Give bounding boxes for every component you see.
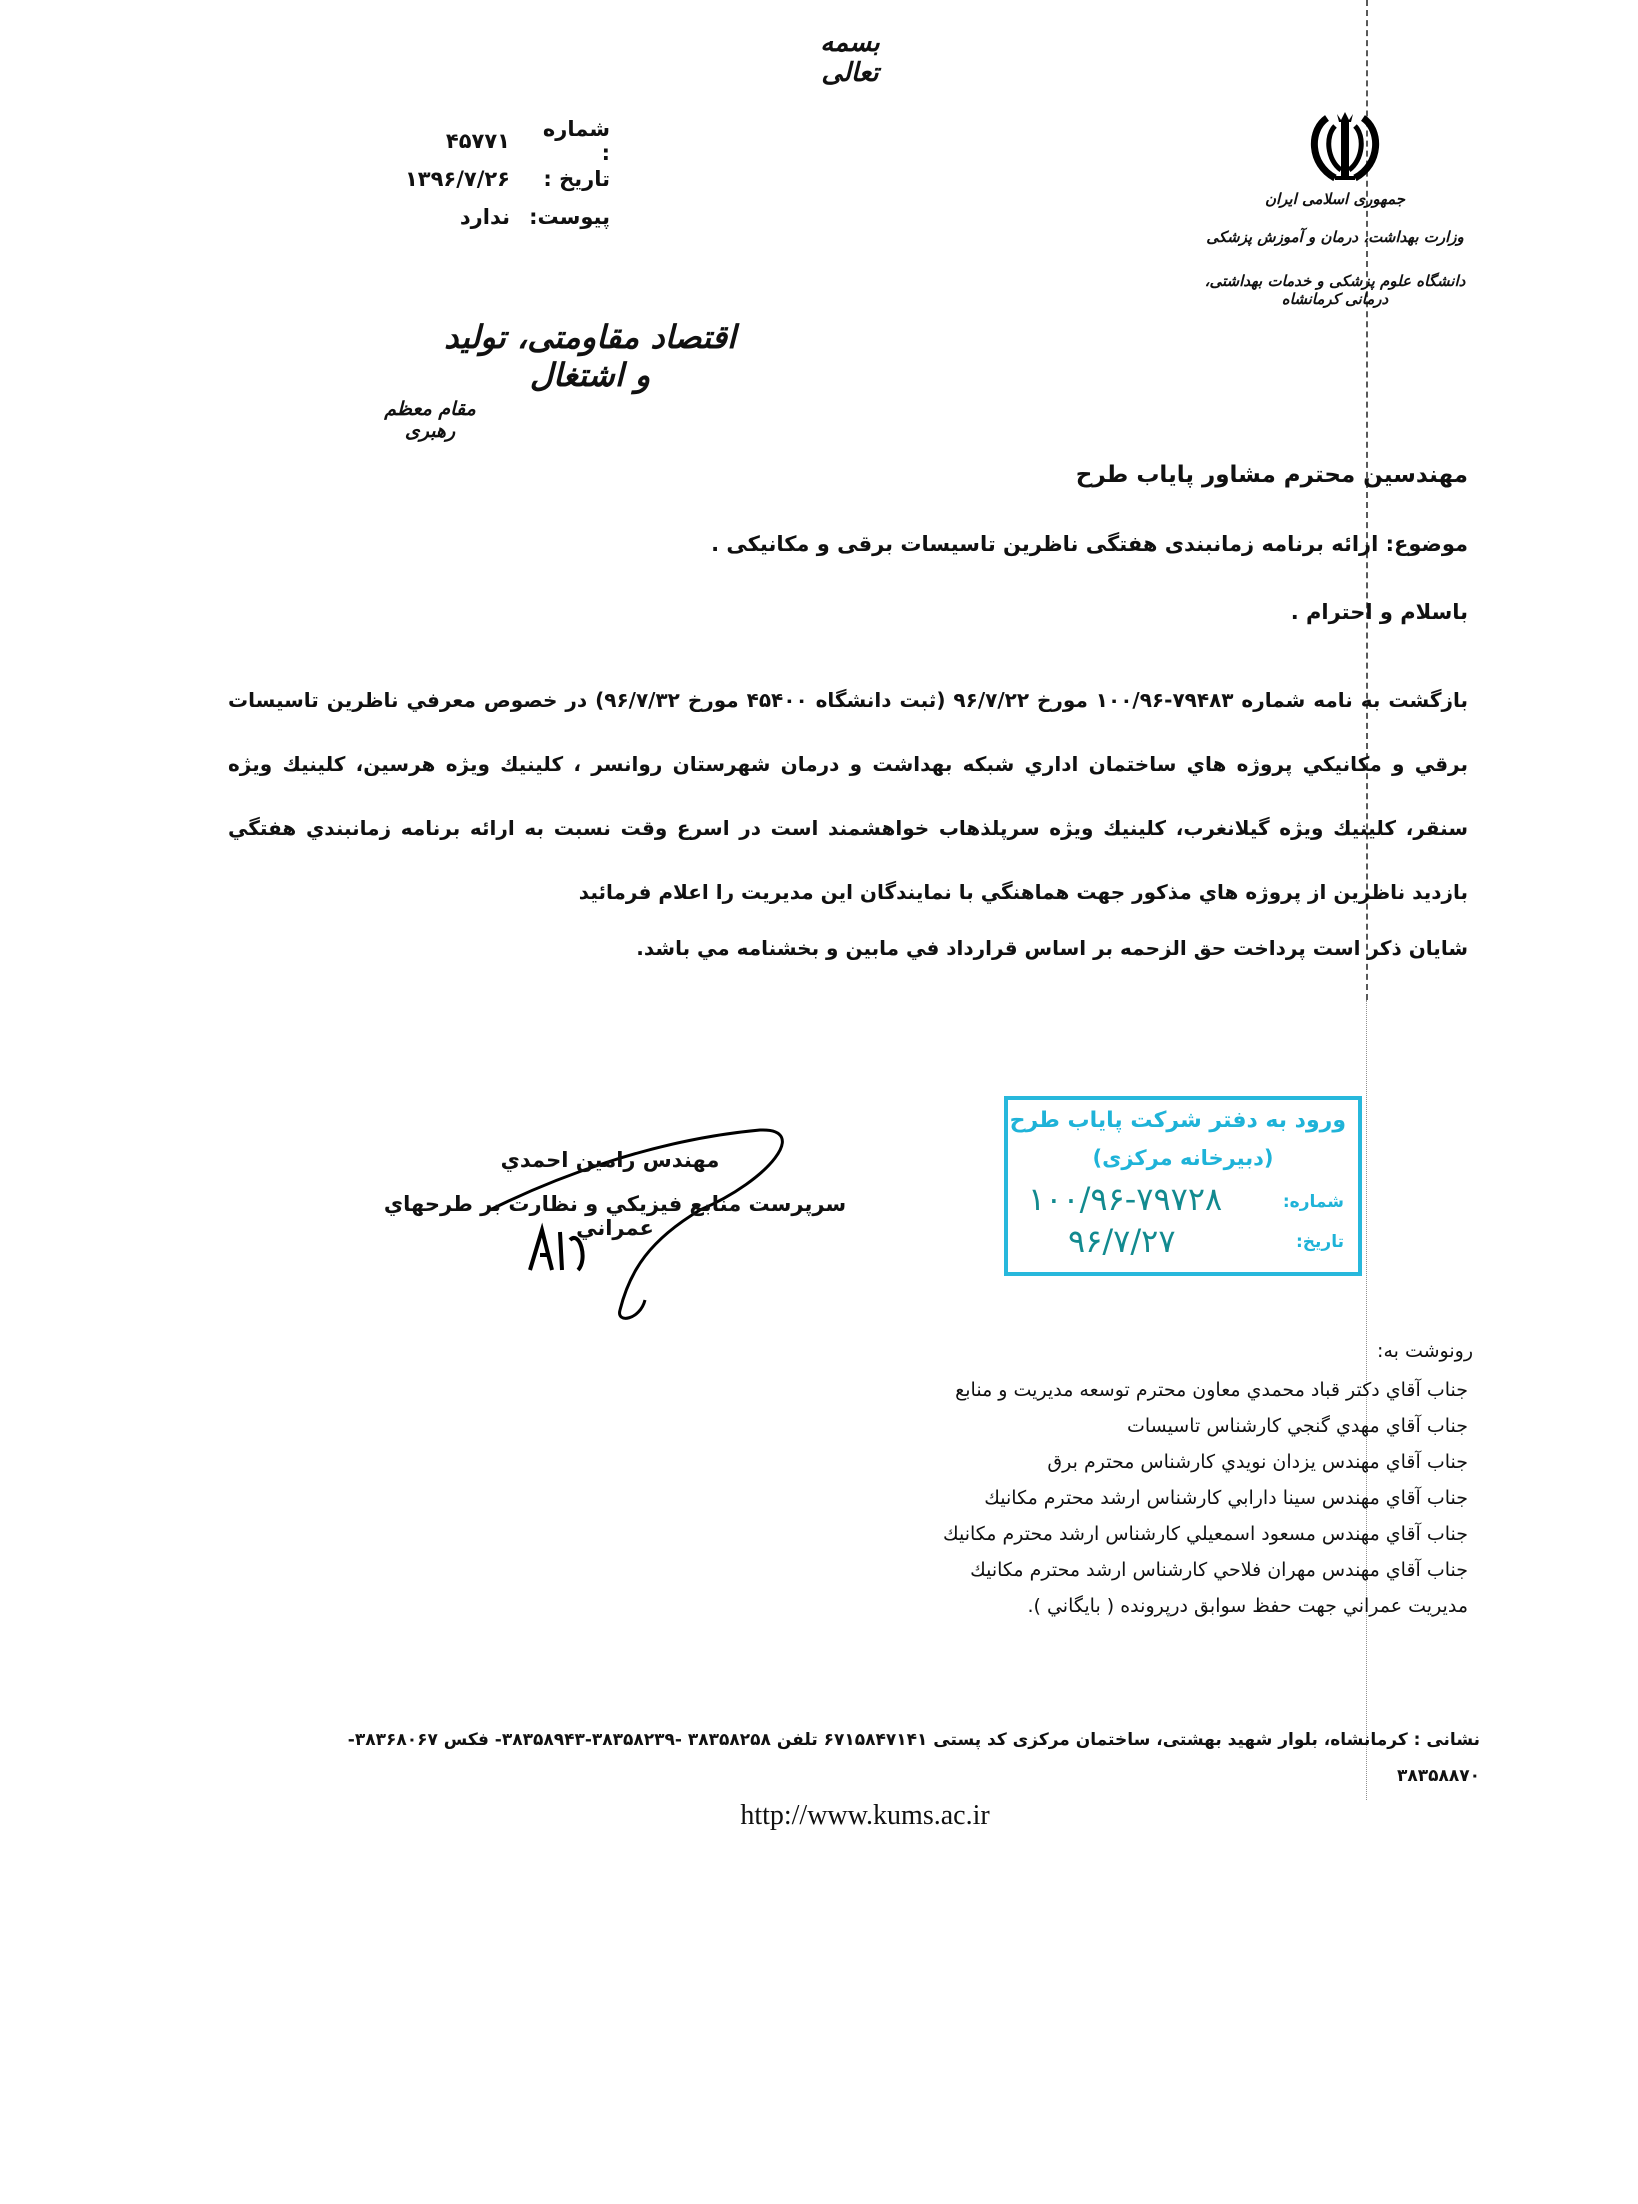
- footer-url[interactable]: http://www.kums.ac.ir: [700, 1800, 1030, 1832]
- cc-recipient: جناب آقاي مهندس سينا دارابي كارشناس ارشد…: [943, 1480, 1468, 1516]
- slogan-source: مقام معظم رهبری: [360, 398, 500, 442]
- attachment-row: پیوست: ندارد: [380, 198, 610, 236]
- date-label: تاریخ :: [530, 167, 610, 191]
- greeting: باسلام و احترام .: [1291, 600, 1468, 624]
- number-row: شماره : ۴۵۷۷۱: [380, 122, 610, 160]
- bismillah-heading: بسمه تعالی: [790, 28, 910, 88]
- cc-recipient: جناب آقاي دكتر قباد محمدي معاون محترم تو…: [943, 1372, 1468, 1408]
- body-paragraph: بازگشت به نامه شماره ۷۹۴۸۳-۱۰۰/۹۶ مورخ ۹…: [228, 668, 1468, 924]
- number-value: ۴۵۷۷۱: [380, 129, 530, 153]
- signatory-name: مهندس رامين احمدي: [480, 1148, 740, 1172]
- number-label: شماره :: [530, 117, 610, 165]
- letterhead-university: دانشگاه علوم پزشکی و خدمات بهداشتی، درما…: [1195, 272, 1475, 308]
- cc-heading: رونوشت به:: [1377, 1340, 1473, 1362]
- footer-address: نشانی : کرمانشاه، بلوار شهید بهشتی، ساخت…: [320, 1722, 1480, 1794]
- attachment-value: ندارد: [380, 205, 530, 229]
- letterhead-ministry: وزارت بهداشت، درمان و آموزش پزشکی: [1195, 228, 1475, 246]
- signatory-title: سرپرست منابع فيزيكي و نظارت بر طرحهاي عم…: [355, 1192, 875, 1240]
- date-row: تاریخ : ۱۳۹۶/۷/۲۶: [380, 160, 610, 198]
- slogan-text: اقتصاد مقاومتی، تولید و اشتغال: [440, 318, 740, 394]
- cc-list: جناب آقاي دكتر قباد محمدي معاون محترم تو…: [943, 1372, 1468, 1624]
- cc-recipient: جناب آقاي مهدي گنجي كارشناس تاسيسات: [943, 1408, 1468, 1444]
- received-stamp: ورود به دفتر شرکت پایاب طرح (دبیرخانه مر…: [1004, 1096, 1362, 1276]
- stamp-date-label: تاریخ:: [1296, 1232, 1344, 1252]
- cc-recipient: مديريت عمراني جهت حفظ سوابق درپرونده ( ب…: [943, 1588, 1468, 1624]
- letter-meta: شماره : ۴۵۷۷۱ تاریخ : ۱۳۹۶/۷/۲۶ پیوست: ن…: [380, 122, 610, 236]
- iran-emblem-icon: [1305, 108, 1385, 186]
- letterhead-country: جمهوری اسلامی ایران: [1195, 190, 1475, 208]
- cc-recipient: جناب آقاي مهندس مسعود اسمعيلي كارشناس ار…: [943, 1516, 1468, 1552]
- cc-recipient: جناب آقاي مهندس مهران فلاحي كارشناس ارشد…: [943, 1552, 1468, 1588]
- date-value: ۱۳۹۶/۷/۲۶: [380, 167, 530, 191]
- cc-recipient: جناب آقاي مهندس يزدان نويدي كارشناس محتر…: [943, 1444, 1468, 1480]
- stamp-subtitle: (دبیرخانه مرکزی): [1008, 1146, 1358, 1170]
- stamp-date-value: ۹۶/۷/۲۷: [1068, 1222, 1176, 1260]
- stamp-title: ورود به دفتر شرکت پایاب طرح: [1010, 1108, 1346, 1133]
- addressee: مهندسین محترم مشاور پایاب طرح: [1076, 462, 1468, 488]
- stamp-number-label: شماره:: [1283, 1192, 1344, 1212]
- subject-line: موضوع: ارائه برنامه زمانبندی هفتگی ناظری…: [711, 532, 1468, 556]
- stamp-number-value: ۱۰۰/۹۶-۷۹۷۲۸: [1028, 1180, 1222, 1218]
- closing-paragraph: شايان ذكر است پرداخت حق الزحمه بر اساس ق…: [228, 928, 1468, 968]
- attachment-label: پیوست:: [530, 205, 610, 229]
